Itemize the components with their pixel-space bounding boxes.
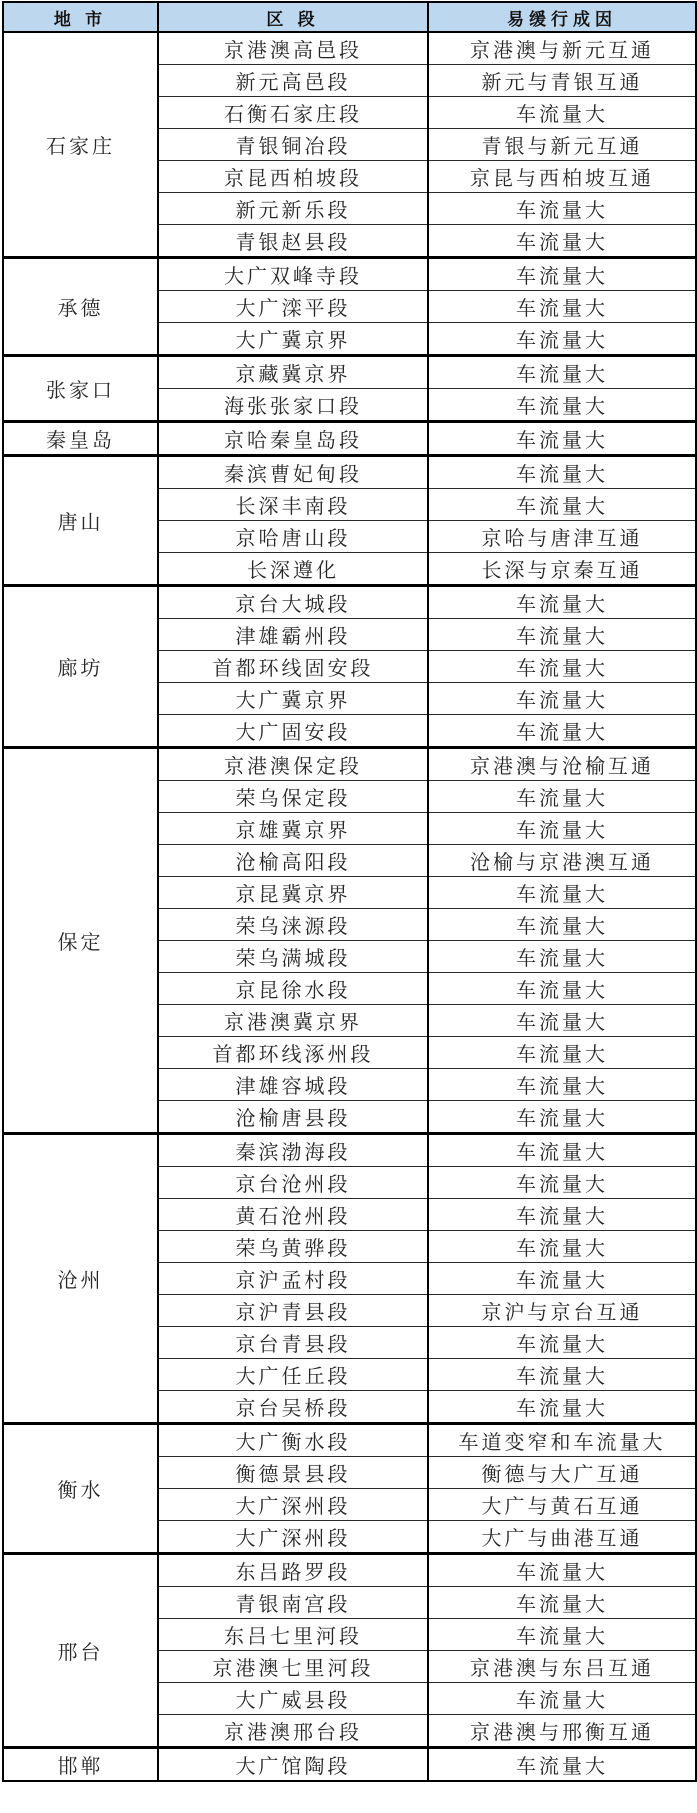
cause-cell: 车流量大 bbox=[428, 422, 696, 456]
section-cell: 京台青县段 bbox=[158, 1327, 428, 1359]
section-cell: 大广衡水段 bbox=[158, 1424, 428, 1457]
section-cell: 青银南宫段 bbox=[158, 1587, 428, 1619]
cause-cell: 车流量大 bbox=[428, 1327, 696, 1359]
table-row: 承德大广双峰寺段车流量大 bbox=[3, 258, 696, 291]
section-cell: 大广固安段 bbox=[158, 715, 428, 748]
cause-cell: 车流量大 bbox=[428, 651, 696, 683]
cause-cell: 车流量大 bbox=[428, 586, 696, 619]
table-row: 廊坊京台大城段车流量大 bbox=[3, 586, 696, 619]
city-cell: 保定 bbox=[3, 748, 158, 1134]
cause-cell: 车流量大 bbox=[428, 715, 696, 748]
section-cell: 京台吴桥段 bbox=[158, 1391, 428, 1424]
section-cell: 京昆徐水段 bbox=[158, 973, 428, 1005]
cause-cell: 车流量大 bbox=[428, 1683, 696, 1715]
city-cell: 沧州 bbox=[3, 1134, 158, 1424]
congestion-table: 地 市 区 段 易缓行成因 石家庄京港澳高邑段京港澳与新元互通新元高邑段新元与青… bbox=[2, 1, 697, 1782]
section-cell: 长深丰南段 bbox=[158, 489, 428, 521]
section-cell: 青银赵县段 bbox=[158, 225, 428, 258]
cause-cell: 车流量大 bbox=[428, 683, 696, 715]
section-cell: 荣乌涞源段 bbox=[158, 909, 428, 941]
section-cell: 新元高邑段 bbox=[158, 65, 428, 97]
cause-cell: 车流量大 bbox=[428, 1069, 696, 1101]
cause-cell: 车流量大 bbox=[428, 258, 696, 291]
cause-cell: 车道变窄和车流量大 bbox=[428, 1424, 696, 1457]
section-cell: 首都环线涿州段 bbox=[158, 1037, 428, 1069]
section-cell: 黄石沧州段 bbox=[158, 1199, 428, 1231]
cause-cell: 京昆与西柏坡互通 bbox=[428, 161, 696, 193]
section-cell: 大广威县段 bbox=[158, 1683, 428, 1715]
city-cell: 廊坊 bbox=[3, 586, 158, 748]
section-cell: 津雄霸州段 bbox=[158, 619, 428, 651]
section-cell: 石衡石家庄段 bbox=[158, 97, 428, 129]
header-cause: 易缓行成因 bbox=[428, 2, 696, 32]
section-cell: 秦滨曹妃甸段 bbox=[158, 456, 428, 489]
cause-cell: 车流量大 bbox=[428, 941, 696, 973]
city-cell: 张家口 bbox=[3, 356, 158, 422]
cause-cell: 长深与京秦互通 bbox=[428, 553, 696, 586]
section-cell: 京港澳高邑段 bbox=[158, 32, 428, 65]
section-cell: 衡德景县段 bbox=[158, 1457, 428, 1489]
cause-cell: 衡德与大广互通 bbox=[428, 1457, 696, 1489]
cause-cell: 大广与黄石互通 bbox=[428, 1489, 696, 1521]
cause-cell: 车流量大 bbox=[428, 1005, 696, 1037]
section-cell: 沧榆高阳段 bbox=[158, 845, 428, 877]
table-body: 石家庄京港澳高邑段京港澳与新元互通新元高邑段新元与青银互通石衡石家庄段车流量大青… bbox=[3, 32, 696, 1781]
table-row: 秦皇岛京哈秦皇岛段车流量大 bbox=[3, 422, 696, 456]
section-cell: 长深遵化 bbox=[158, 553, 428, 586]
section-cell: 大广任丘段 bbox=[158, 1359, 428, 1391]
cause-cell: 车流量大 bbox=[428, 973, 696, 1005]
city-cell: 衡水 bbox=[3, 1424, 158, 1554]
section-cell: 京沪青县段 bbox=[158, 1295, 428, 1327]
city-cell: 承德 bbox=[3, 258, 158, 356]
cause-cell: 车流量大 bbox=[428, 291, 696, 323]
section-cell: 京昆西柏坡段 bbox=[158, 161, 428, 193]
section-cell: 大广双峰寺段 bbox=[158, 258, 428, 291]
cause-cell: 青银与新元互通 bbox=[428, 129, 696, 161]
section-cell: 京昆冀京界 bbox=[158, 877, 428, 909]
table-row: 张家口京藏冀京界车流量大 bbox=[3, 356, 696, 389]
section-cell: 大广滦平段 bbox=[158, 291, 428, 323]
section-cell: 京台大城段 bbox=[158, 586, 428, 619]
cause-cell: 车流量大 bbox=[428, 225, 696, 258]
section-cell: 青银铜冶段 bbox=[158, 129, 428, 161]
section-cell: 东吕七里河段 bbox=[158, 1619, 428, 1651]
cause-cell: 车流量大 bbox=[428, 1231, 696, 1263]
section-cell: 京港澳邢台段 bbox=[158, 1715, 428, 1748]
cause-cell: 大广与曲港互通 bbox=[428, 1521, 696, 1554]
cause-cell: 车流量大 bbox=[428, 193, 696, 225]
page: 地 市 区 段 易缓行成因 石家庄京港澳高邑段京港澳与新元互通新元高邑段新元与青… bbox=[0, 0, 697, 1813]
table-row: 邢台东吕路罗段车流量大 bbox=[3, 1554, 696, 1587]
section-cell: 京台沧州段 bbox=[158, 1167, 428, 1199]
cause-cell: 车流量大 bbox=[428, 1748, 696, 1782]
table-row: 石家庄京港澳高邑段京港澳与新元互通 bbox=[3, 32, 696, 65]
section-cell: 京雄冀京界 bbox=[158, 813, 428, 845]
cause-cell: 车流量大 bbox=[428, 1587, 696, 1619]
cause-cell: 车流量大 bbox=[428, 1199, 696, 1231]
section-cell: 京港澳保定段 bbox=[158, 748, 428, 781]
cause-cell: 沧榆与京港澳互通 bbox=[428, 845, 696, 877]
table-header: 地 市 区 段 易缓行成因 bbox=[3, 2, 696, 32]
table-row: 邯郸大广馆陶段车流量大 bbox=[3, 1748, 696, 1782]
cause-cell: 车流量大 bbox=[428, 1037, 696, 1069]
header-row: 地 市 区 段 易缓行成因 bbox=[3, 2, 696, 32]
section-cell: 大广深州段 bbox=[158, 1521, 428, 1554]
cause-cell: 新元与青银互通 bbox=[428, 65, 696, 97]
cause-cell: 车流量大 bbox=[428, 489, 696, 521]
section-cell: 大广深州段 bbox=[158, 1489, 428, 1521]
section-cell: 京港澳七里河段 bbox=[158, 1651, 428, 1683]
cause-cell: 车流量大 bbox=[428, 1391, 696, 1424]
section-cell: 京哈唐山段 bbox=[158, 521, 428, 553]
table-row: 唐山秦滨曹妃甸段车流量大 bbox=[3, 456, 696, 489]
cause-cell: 京港澳与东吕互通 bbox=[428, 1651, 696, 1683]
table-row: 沧州秦滨渤海段车流量大 bbox=[3, 1134, 696, 1167]
cause-cell: 车流量大 bbox=[428, 1167, 696, 1199]
city-cell: 石家庄 bbox=[3, 32, 158, 258]
section-cell: 京藏冀京界 bbox=[158, 356, 428, 389]
section-cell: 津雄容城段 bbox=[158, 1069, 428, 1101]
cause-cell: 车流量大 bbox=[428, 356, 696, 389]
cause-cell: 车流量大 bbox=[428, 813, 696, 845]
header-section: 区 段 bbox=[158, 2, 428, 32]
section-cell: 大广冀京界 bbox=[158, 683, 428, 715]
section-cell: 京哈秦皇岛段 bbox=[158, 422, 428, 456]
table-row: 衡水大广衡水段车道变窄和车流量大 bbox=[3, 1424, 696, 1457]
cause-cell: 京港澳与沧榆互通 bbox=[428, 748, 696, 781]
cause-cell: 车流量大 bbox=[428, 877, 696, 909]
city-cell: 唐山 bbox=[3, 456, 158, 586]
cause-cell: 车流量大 bbox=[428, 619, 696, 651]
section-cell: 首都环线固安段 bbox=[158, 651, 428, 683]
cause-cell: 京港澳与新元互通 bbox=[428, 32, 696, 65]
header-city: 地 市 bbox=[3, 2, 158, 32]
section-cell: 沧榆唐县段 bbox=[158, 1101, 428, 1134]
cause-cell: 车流量大 bbox=[428, 781, 696, 813]
section-cell: 荣乌保定段 bbox=[158, 781, 428, 813]
section-cell: 海张张家口段 bbox=[158, 389, 428, 422]
section-cell: 大广冀京界 bbox=[158, 323, 428, 356]
city-cell: 邯郸 bbox=[3, 1748, 158, 1782]
cause-cell: 京港澳与邢衡互通 bbox=[428, 1715, 696, 1748]
section-cell: 荣乌满城段 bbox=[158, 941, 428, 973]
cause-cell: 车流量大 bbox=[428, 1263, 696, 1295]
cause-cell: 京哈与唐津互通 bbox=[428, 521, 696, 553]
cause-cell: 车流量大 bbox=[428, 456, 696, 489]
section-cell: 新元新乐段 bbox=[158, 193, 428, 225]
cause-cell: 车流量大 bbox=[428, 1619, 696, 1651]
section-cell: 荣乌黄骅段 bbox=[158, 1231, 428, 1263]
city-cell: 邢台 bbox=[3, 1554, 158, 1748]
section-cell: 秦滨渤海段 bbox=[158, 1134, 428, 1167]
cause-cell: 车流量大 bbox=[428, 1554, 696, 1587]
cause-cell: 车流量大 bbox=[428, 1101, 696, 1134]
table-row: 保定京港澳保定段京港澳与沧榆互通 bbox=[3, 748, 696, 781]
cause-cell: 车流量大 bbox=[428, 1359, 696, 1391]
section-cell: 京沪孟村段 bbox=[158, 1263, 428, 1295]
cause-cell: 车流量大 bbox=[428, 389, 696, 422]
cause-cell: 车流量大 bbox=[428, 909, 696, 941]
cause-cell: 车流量大 bbox=[428, 97, 696, 129]
cause-cell: 车流量大 bbox=[428, 1134, 696, 1167]
cause-cell: 京沪与京台互通 bbox=[428, 1295, 696, 1327]
section-cell: 京港澳冀京界 bbox=[158, 1005, 428, 1037]
city-cell: 秦皇岛 bbox=[3, 422, 158, 456]
section-cell: 东吕路罗段 bbox=[158, 1554, 428, 1587]
section-cell: 大广馆陶段 bbox=[158, 1748, 428, 1782]
cause-cell: 车流量大 bbox=[428, 323, 696, 356]
